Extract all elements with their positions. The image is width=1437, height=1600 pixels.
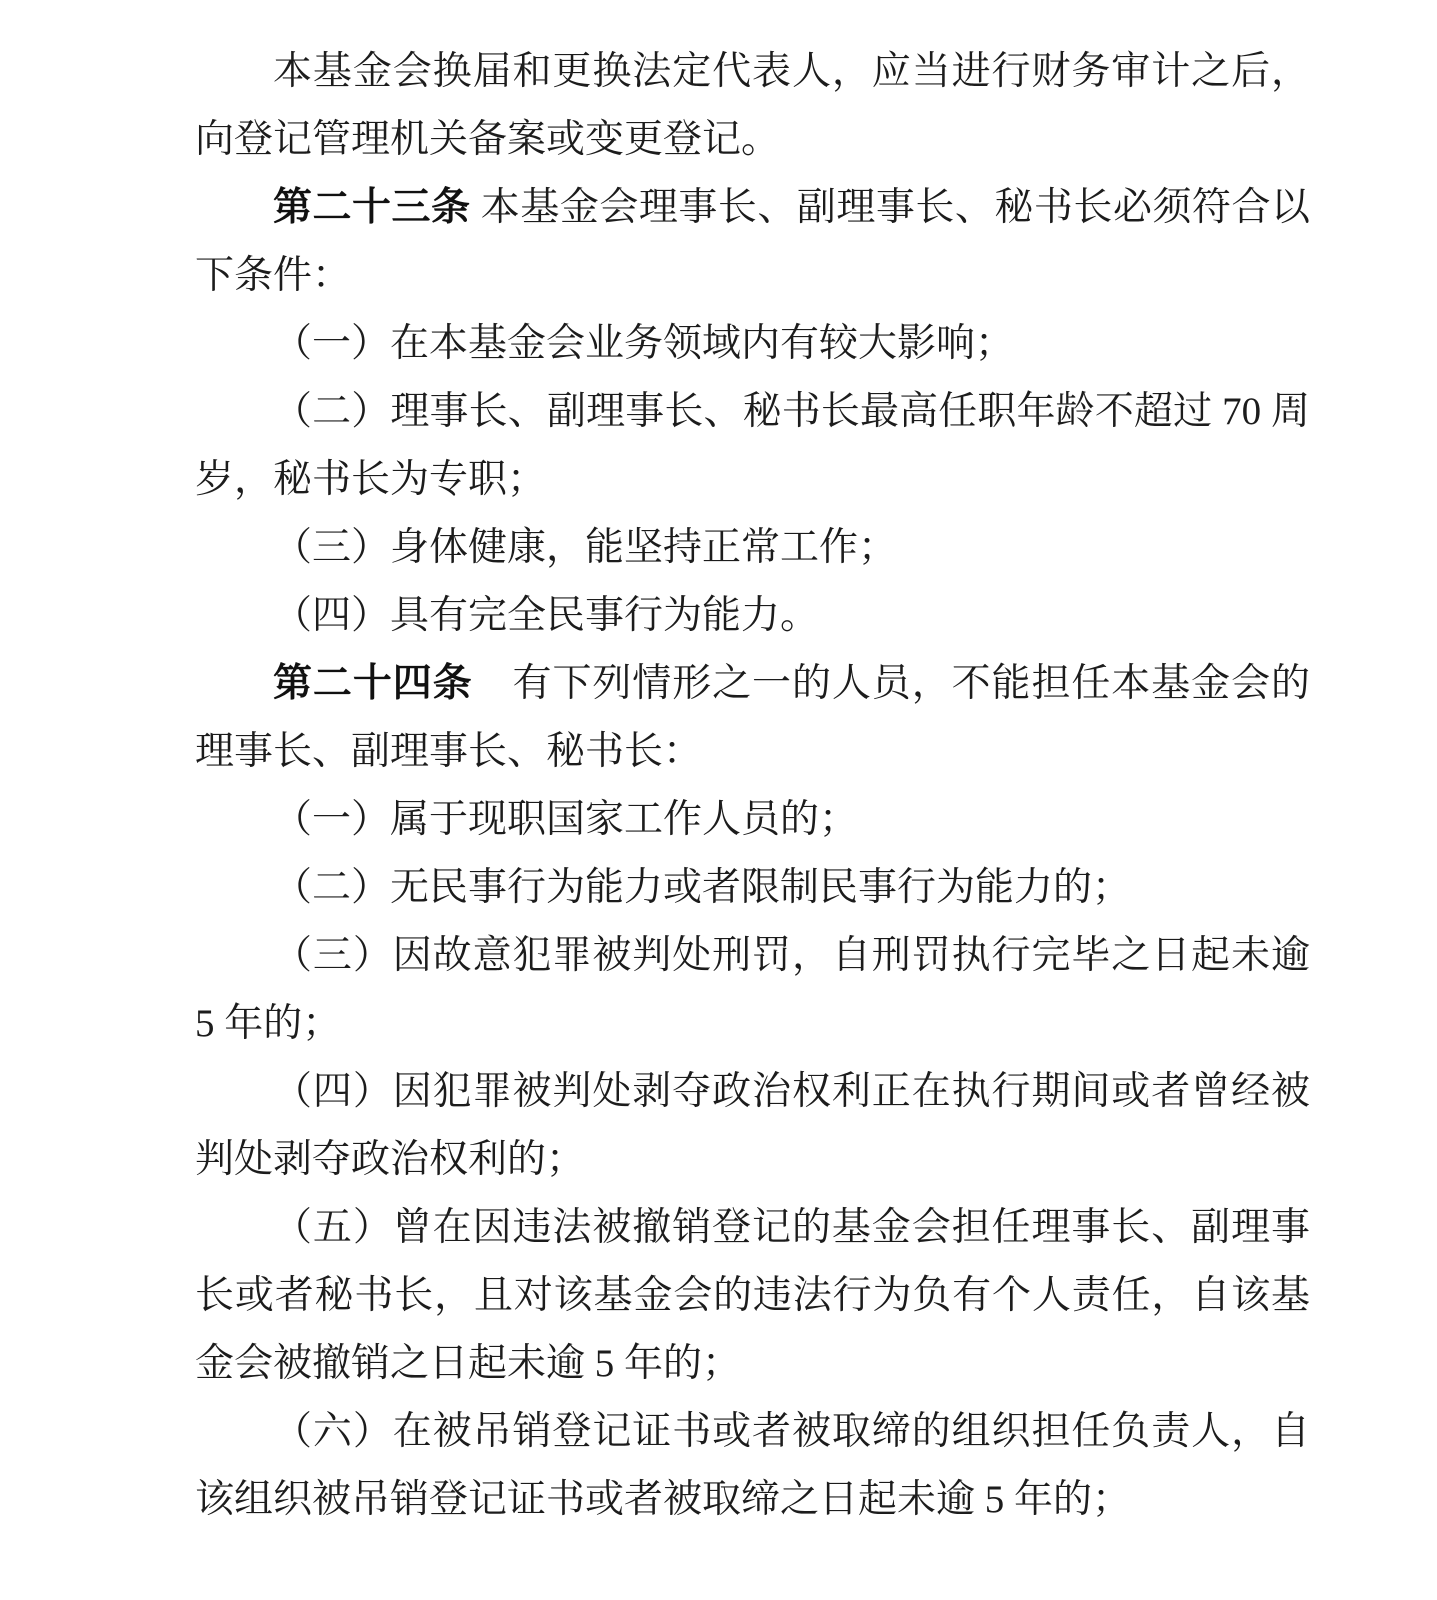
paragraph: （一）属于现职国家工作人员的； [195, 786, 1310, 854]
text-run: （二）理事长、副理事长、秘书长最高任职年龄不超过 70 周岁，秘书长为专职； [195, 390, 1310, 501]
paragraph: （五）曾在因违法被撤销登记的基金会担任理事长、副理事长或者秘书长，且对该基金会的… [195, 1194, 1310, 1398]
text-run: （一）在本基金会业务领域内有较大影响； [273, 322, 1014, 365]
paragraph: （四）因犯罪被判处剥夺政治权利正在执行期间或者曾经被判处剥夺政治权利的； [195, 1058, 1310, 1194]
text-run: （三）身体健康，能坚持正常工作； [273, 526, 897, 569]
text-run: 本基金会换届和更换法定代表人，应当进行财务审计之后，向登记管理机关备案或变更登记… [195, 50, 1310, 161]
article-number: 第二十四条 [273, 662, 473, 705]
text-run: （五）曾在因违法被撤销登记的基金会担任理事长、副理事长或者秘书长，且对该基金会的… [195, 1206, 1310, 1385]
paragraph: （六）在被吊销登记证书或者被取缔的组织担任负责人，自该组织被吊销登记证书或者被取… [195, 1398, 1310, 1534]
paragraph: （一）在本基金会业务领域内有较大影响； [195, 310, 1310, 378]
paragraph: （二）理事长、副理事长、秘书长最高任职年龄不超过 70 周岁，秘书长为专职； [195, 378, 1310, 514]
text-run: （四）具有完全民事行为能力。 [273, 594, 819, 637]
text-run: （一）属于现职国家工作人员的； [273, 798, 858, 841]
paragraph: 本基金会换届和更换法定代表人，应当进行财务审计之后，向登记管理机关备案或变更登记… [195, 38, 1310, 174]
text-run: （六）在被吊销登记证书或者被取缔的组织担任负责人，自该组织被吊销登记证书或者被取… [195, 1410, 1310, 1521]
text-run: （三）因故意犯罪被判处刑罚，自刑罚执行完毕之日起未逾 5 年的； [195, 934, 1310, 1045]
text-run: （二）无民事行为能力或者限制民事行为能力的； [273, 866, 1131, 909]
paragraph: （四）具有完全民事行为能力。 [195, 582, 1310, 650]
paragraph: （三）身体健康，能坚持正常工作； [195, 514, 1310, 582]
document-body: 本基金会换届和更换法定代表人，应当进行财务审计之后，向登记管理机关备案或变更登记… [195, 38, 1310, 1534]
paragraph: 第二十三条 本基金会理事长、副理事长、秘书长必须符合以下条件： [195, 174, 1310, 310]
document-page: 本基金会换届和更换法定代表人，应当进行财务审计之后，向登记管理机关备案或变更登记… [0, 0, 1437, 1600]
text-run: （四）因犯罪被判处剥夺政治权利正在执行期间或者曾经被判处剥夺政治权利的； [195, 1070, 1310, 1181]
paragraph: （二）无民事行为能力或者限制民事行为能力的； [195, 854, 1310, 922]
article-number: 第二十三条 [273, 186, 471, 229]
paragraph: （三）因故意犯罪被判处刑罚，自刑罚执行完毕之日起未逾 5 年的； [195, 922, 1310, 1058]
paragraph: 第二十四条 有下列情形之一的人员，不能担任本基金会的理事长、副理事长、秘书长： [195, 650, 1310, 786]
